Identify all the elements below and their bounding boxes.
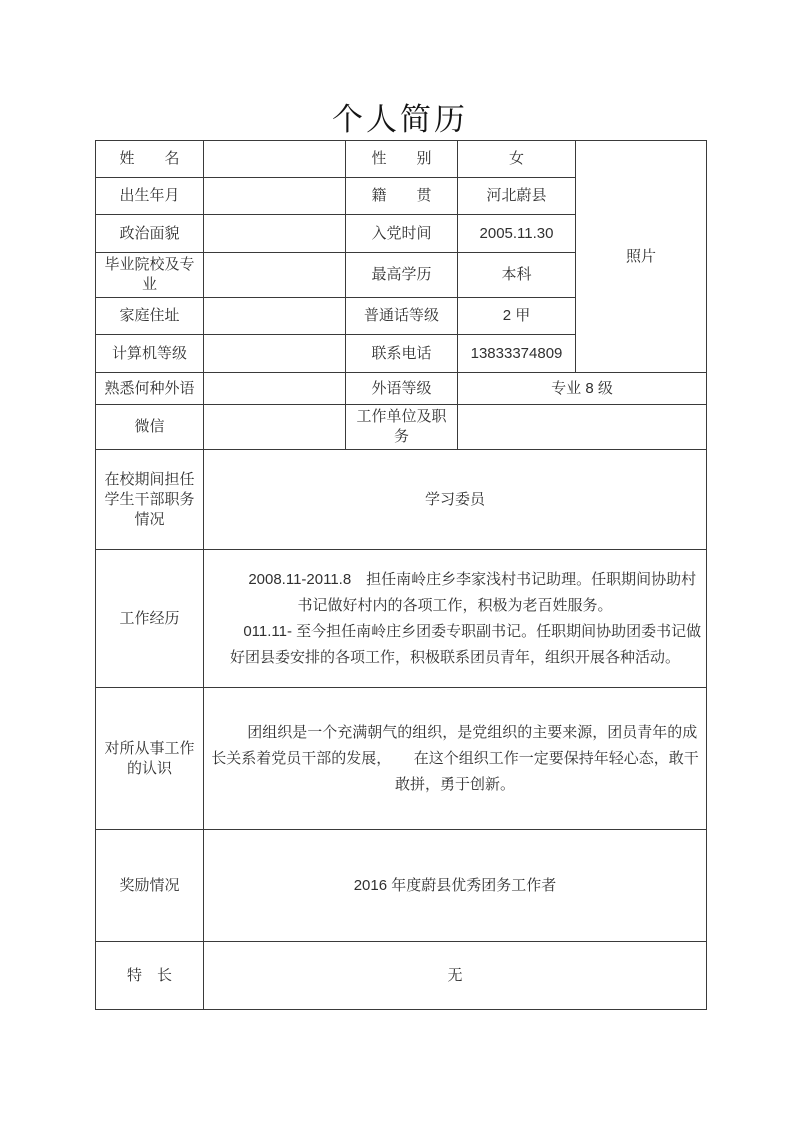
work-experience-paragraph: 011.11- 至今担任南岭庄乡团委专职副书记。任职期间协助团委书记做好团县委安…: [208, 619, 702, 671]
label-awards: 奖励情况: [96, 830, 204, 942]
label-work-understanding: 对所从事工作的认识: [96, 688, 204, 830]
value-highest-education: 本科: [458, 253, 576, 298]
value-home-address: [204, 298, 346, 335]
value-native-place: 河北蔚县: [458, 178, 576, 215]
table-row: 姓 名 性 别 女 照片: [96, 141, 707, 178]
value-phone: 13833374809: [458, 335, 576, 373]
label-foreign-language: 熟悉何种外语: [96, 373, 204, 405]
work-experience-paragraph: 2008.11-2011.8 担任南岭庄乡李家浅村书记助理。任职期间协助村书记做…: [208, 567, 702, 619]
label-native-place: 籍 贯: [346, 178, 458, 215]
label-mandarin-level: 普通话等级: [346, 298, 458, 335]
table-row: 微信 工作单位及职务: [96, 405, 707, 450]
label-home-address: 家庭住址: [96, 298, 204, 335]
label-name: 姓 名: [96, 141, 204, 178]
label-computer-level: 计算机等级: [96, 335, 204, 373]
label-party-join-date: 入党时间: [346, 215, 458, 253]
value-school-major: [204, 253, 346, 298]
table-row: 特 长 无: [96, 942, 707, 1010]
label-birth-date: 出生年月: [96, 178, 204, 215]
label-work-experience: 工作经历: [96, 550, 204, 688]
value-awards: 2016 年度蔚县优秀团务工作者: [204, 830, 707, 942]
label-specialty: 特 长: [96, 942, 204, 1010]
photo-placeholder: 照片: [576, 141, 707, 373]
value-name: [204, 141, 346, 178]
value-specialty: 无: [204, 942, 707, 1010]
value-political-status: [204, 215, 346, 253]
table-row: 熟悉何种外语 外语等级 专业 8 级: [96, 373, 707, 405]
label-phone: 联系电话: [346, 335, 458, 373]
label-political-status: 政治面貌: [96, 215, 204, 253]
value-computer-level: [204, 335, 346, 373]
label-gender: 性 别: [346, 141, 458, 178]
label-wechat: 微信: [96, 405, 204, 450]
value-work-understanding: 团组织是一个充满朝气的组织，是党组织的主要来源，团员青年的成长关系着党员干部的发…: [204, 688, 707, 830]
table-row: 奖励情况 2016 年度蔚县优秀团务工作者: [96, 830, 707, 942]
label-work-unit: 工作单位及职务: [346, 405, 458, 450]
value-birth-date: [204, 178, 346, 215]
value-party-join-date: 2005.11.30: [458, 215, 576, 253]
label-highest-education: 最高学历: [346, 253, 458, 298]
value-wechat: [204, 405, 346, 450]
table-row: 在校期间担任学生干部职务情况 学习委员: [96, 450, 707, 550]
work-understanding-paragraph: 团组织是一个充满朝气的组织，是党组织的主要来源，团员青年的成长关系着党员干部的发…: [208, 720, 702, 798]
label-school-major: 毕业院校及专业: [96, 253, 204, 298]
table-row: 对所从事工作的认识 团组织是一个充满朝气的组织，是党组织的主要来源，团员青年的成…: [96, 688, 707, 830]
value-work-unit: [458, 405, 707, 450]
value-foreign-language: [204, 373, 346, 405]
value-gender: 女: [458, 141, 576, 178]
value-student-cadre: 学习委员: [204, 450, 707, 550]
value-foreign-language-level: 专业 8 级: [458, 373, 707, 405]
page-title: 个人简历: [0, 94, 800, 139]
label-student-cadre: 在校期间担任学生干部职务情况: [96, 450, 204, 550]
value-work-experience: 2008.11-2011.8 担任南岭庄乡李家浅村书记助理。任职期间协助村书记做…: [204, 550, 707, 688]
value-mandarin-level: 2 甲: [458, 298, 576, 335]
label-foreign-language-level: 外语等级: [346, 373, 458, 405]
resume-table: 姓 名 性 别 女 照片 出生年月 籍 贯 河北蔚县 政治面貌 入党时间 200…: [95, 140, 707, 1010]
table-row: 工作经历 2008.11-2011.8 担任南岭庄乡李家浅村书记助理。任职期间协…: [96, 550, 707, 688]
